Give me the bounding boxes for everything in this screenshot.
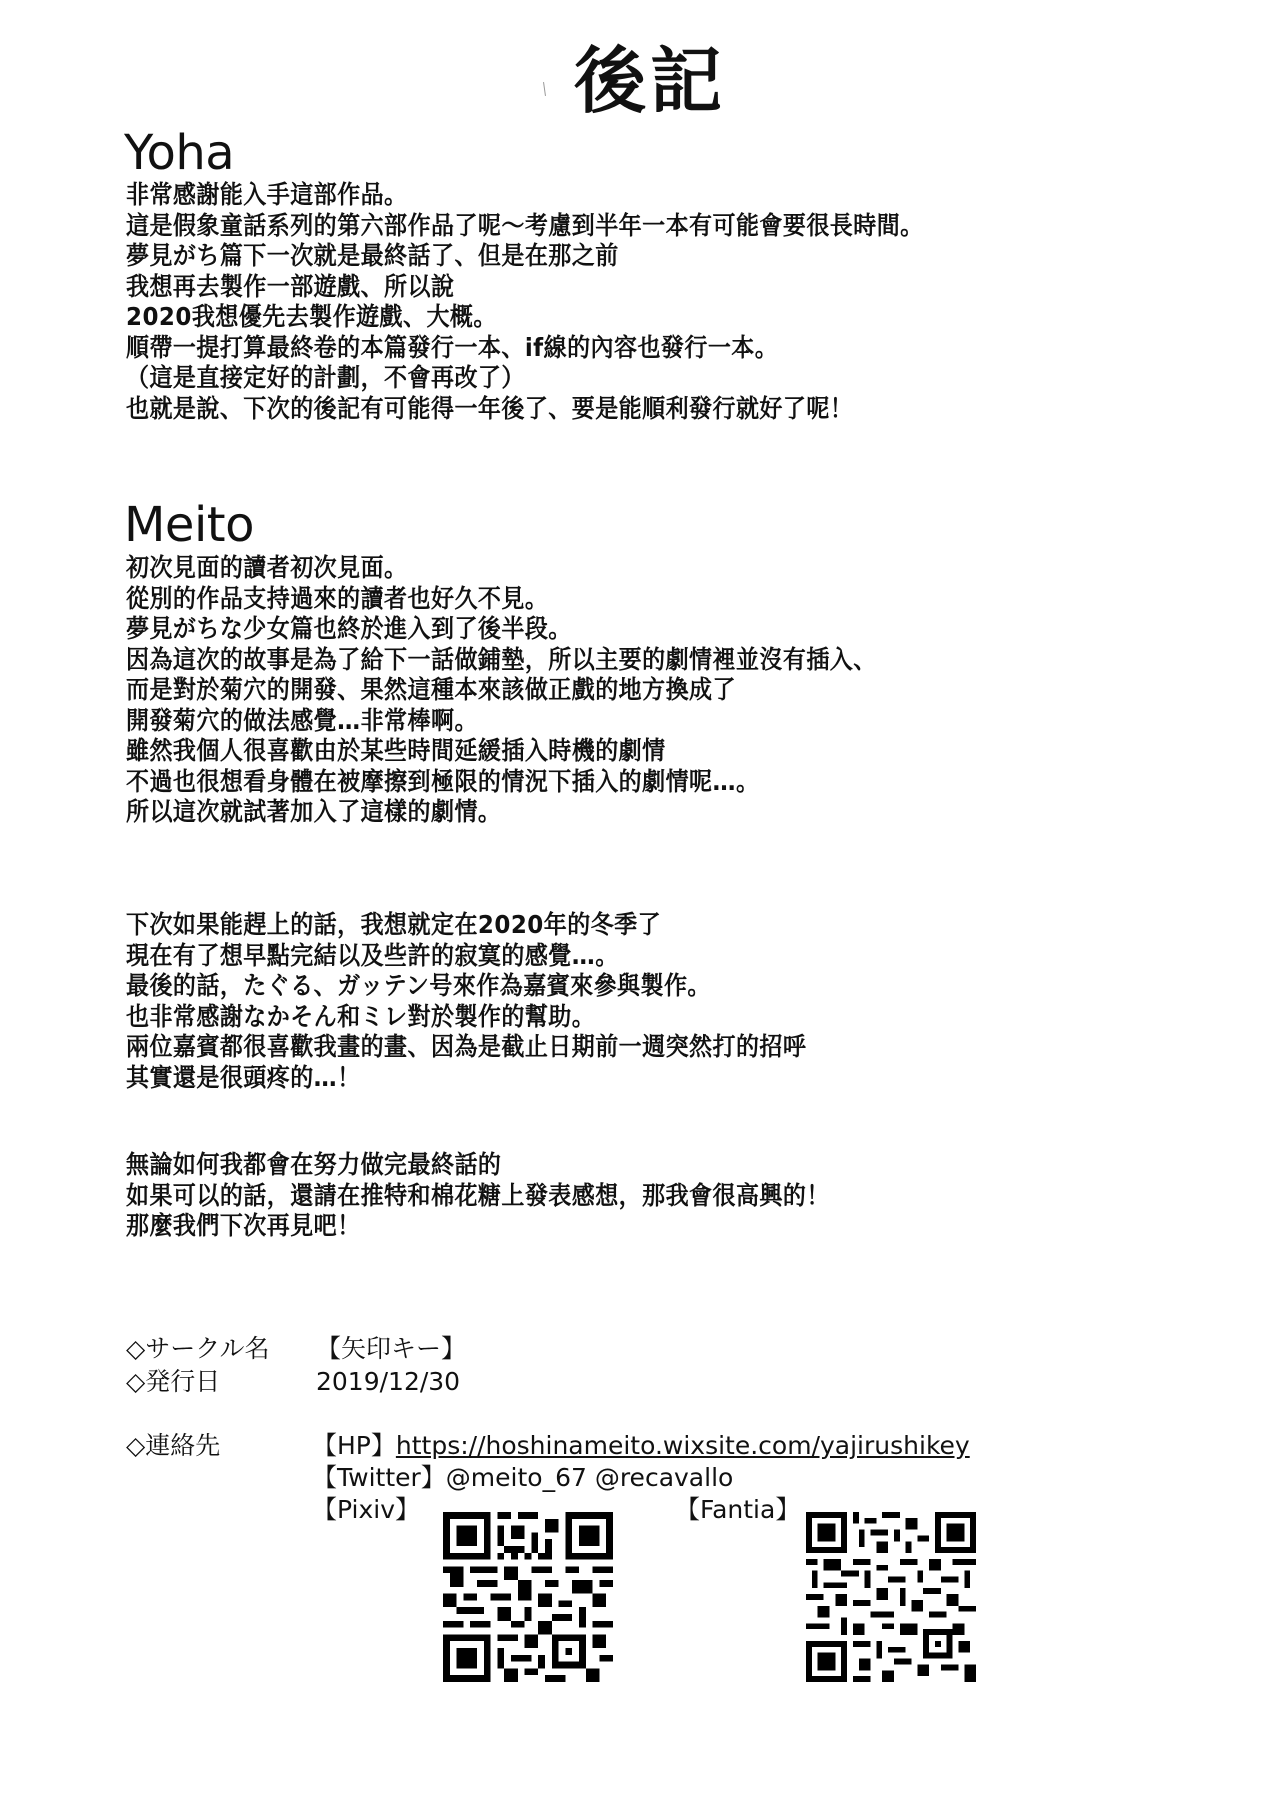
fantia-qr-code-icon[interactable] — [806, 1512, 976, 1682]
text-line: 我想再去製作一部遊戲、所以說 — [126, 272, 924, 303]
text-line: 這是假象童話系列的第六部作品了呢～考慮到半年一本有可能會要很長時間。 — [126, 211, 924, 242]
text-line: 雖然我個人很喜歡由於某些時間延緩插入時機的劇情 — [126, 736, 877, 767]
text-line: 因為這次的故事是為了給下一話做鋪墊，所以主要的劇情裡並沒有插入、 — [126, 645, 877, 676]
fantia-label: 【Fantia】 — [675, 1494, 800, 1526]
text-line: 也就是說、下次的後記有可能得一年後了、要是能順利發行就好了呢！ — [126, 394, 924, 425]
text-line: 下次如果能趕上的話，我想就定在2020年的冬季了 — [126, 910, 806, 941]
pixiv-qr-code-icon[interactable] — [443, 1512, 613, 1682]
text-line: 開發菊穴的做法感覺…非常棒啊。 — [126, 706, 877, 737]
text-line: 2020我想優先去製作遊戲、大概。 — [126, 302, 924, 333]
contact-label: ◇連絡先 — [126, 1430, 220, 1462]
publish-date-row: ◇発行日2019/12/30 — [126, 1366, 460, 1398]
circle-name-value: 【矢印キー】 — [316, 1334, 466, 1363]
text-line: 也非常感謝なかそん和ミレ對於製作的幫助。 — [126, 1002, 806, 1033]
qr-code-icon — [443, 1512, 613, 1682]
circle-name-row: ◇サークル名【矢印キー】 — [126, 1333, 466, 1365]
text-line: 夢見がち篇下一次就是最終話了、但是在那之前 — [126, 241, 924, 272]
text-line: 非常感謝能入手這部作品。 — [126, 180, 924, 211]
text-line: 那麼我們下次再見吧！ — [126, 1211, 830, 1242]
page-title: 後記 — [0, 36, 1280, 126]
twitter-handles: @meito_67 @recavallo — [446, 1463, 734, 1492]
homepage-label: 【HP】 — [312, 1431, 396, 1460]
meito-message-part-2: 下次如果能趕上的話，我想就定在2020年的冬季了 現在有了想早點完結以及些許的寂… — [126, 910, 866, 1093]
text-line: 兩位嘉賓都很喜歡我畫的畫、因為是截止日期前一週突然打的招呼 — [126, 1032, 806, 1063]
twitter-row: 【Twitter】@meito_67 @recavallo — [312, 1462, 733, 1494]
author-heading-meito: Meito — [124, 497, 254, 553]
text-line: 而是對於菊穴的開發、果然這種本來該做正戲的地方換成了 — [126, 675, 877, 706]
text-line: 所以這次就試著加入了這樣的劇情。 — [126, 797, 877, 828]
meito-message-part-3: 無論如何我都會在努力做完最終話的 如果可以的話，還請在推特和棉花糖上發表感想，那… — [126, 1150, 891, 1242]
text-line: 不過也很想看身體在被摩擦到極限的情況下插入的劇情呢…。 — [126, 767, 877, 798]
text-line: 順帶一提打算最終卷的本篇發行一本、if線的內容也發行一本。 — [126, 333, 924, 364]
text-line: （這是直接定好的計劃，不會再改了） — [126, 363, 924, 394]
text-line: 初次見面的讀者初次見面。 — [126, 553, 877, 584]
text-line: 夢見がちな少女篇也終於進入到了後半段。 — [126, 614, 877, 645]
publish-date-label: ◇発行日 — [126, 1366, 316, 1398]
qr-code-icon — [806, 1512, 976, 1682]
publish-date-value: 2019/12/30 — [316, 1367, 460, 1396]
pixiv-label: 【Pixiv】 — [312, 1494, 420, 1526]
text-line: 如果可以的話，還請在推特和棉花糖上發表感想，那我會很高興的！ — [126, 1181, 830, 1212]
text-line: 其實還是很頭疼的…！ — [126, 1063, 806, 1094]
circle-name-label: ◇サークル名 — [126, 1333, 316, 1365]
author-heading-yoha: Yoha — [124, 125, 234, 181]
text-line: 現在有了想早點完結以及些許的寂寞的感覺…。 — [126, 941, 806, 972]
homepage-row: 【HP】https://hoshinameito.wixsite.com/yaj… — [312, 1430, 970, 1462]
text-line: 最後的話，たぐる、ガッテン号來作為嘉賓來參與製作。 — [126, 971, 806, 1002]
meito-message-part-1: 初次見面的讀者初次見面。 從別的作品支持過來的讀者也好久不見。 夢見がちな少女篇… — [126, 553, 942, 828]
twitter-label: 【Twitter】 — [312, 1463, 446, 1492]
homepage-link[interactable]: https://hoshinameito.wixsite.com/yajirus… — [396, 1431, 970, 1460]
yoha-message: 非常感謝能入手這部作品。 這是假象童話系列的第六部作品了呢～考慮到半年一本有可能… — [126, 180, 993, 424]
text-line: 從別的作品支持過來的讀者也好久不見。 — [126, 584, 877, 615]
text-line: 無論如何我都會在努力做完最終話的 — [126, 1150, 830, 1181]
